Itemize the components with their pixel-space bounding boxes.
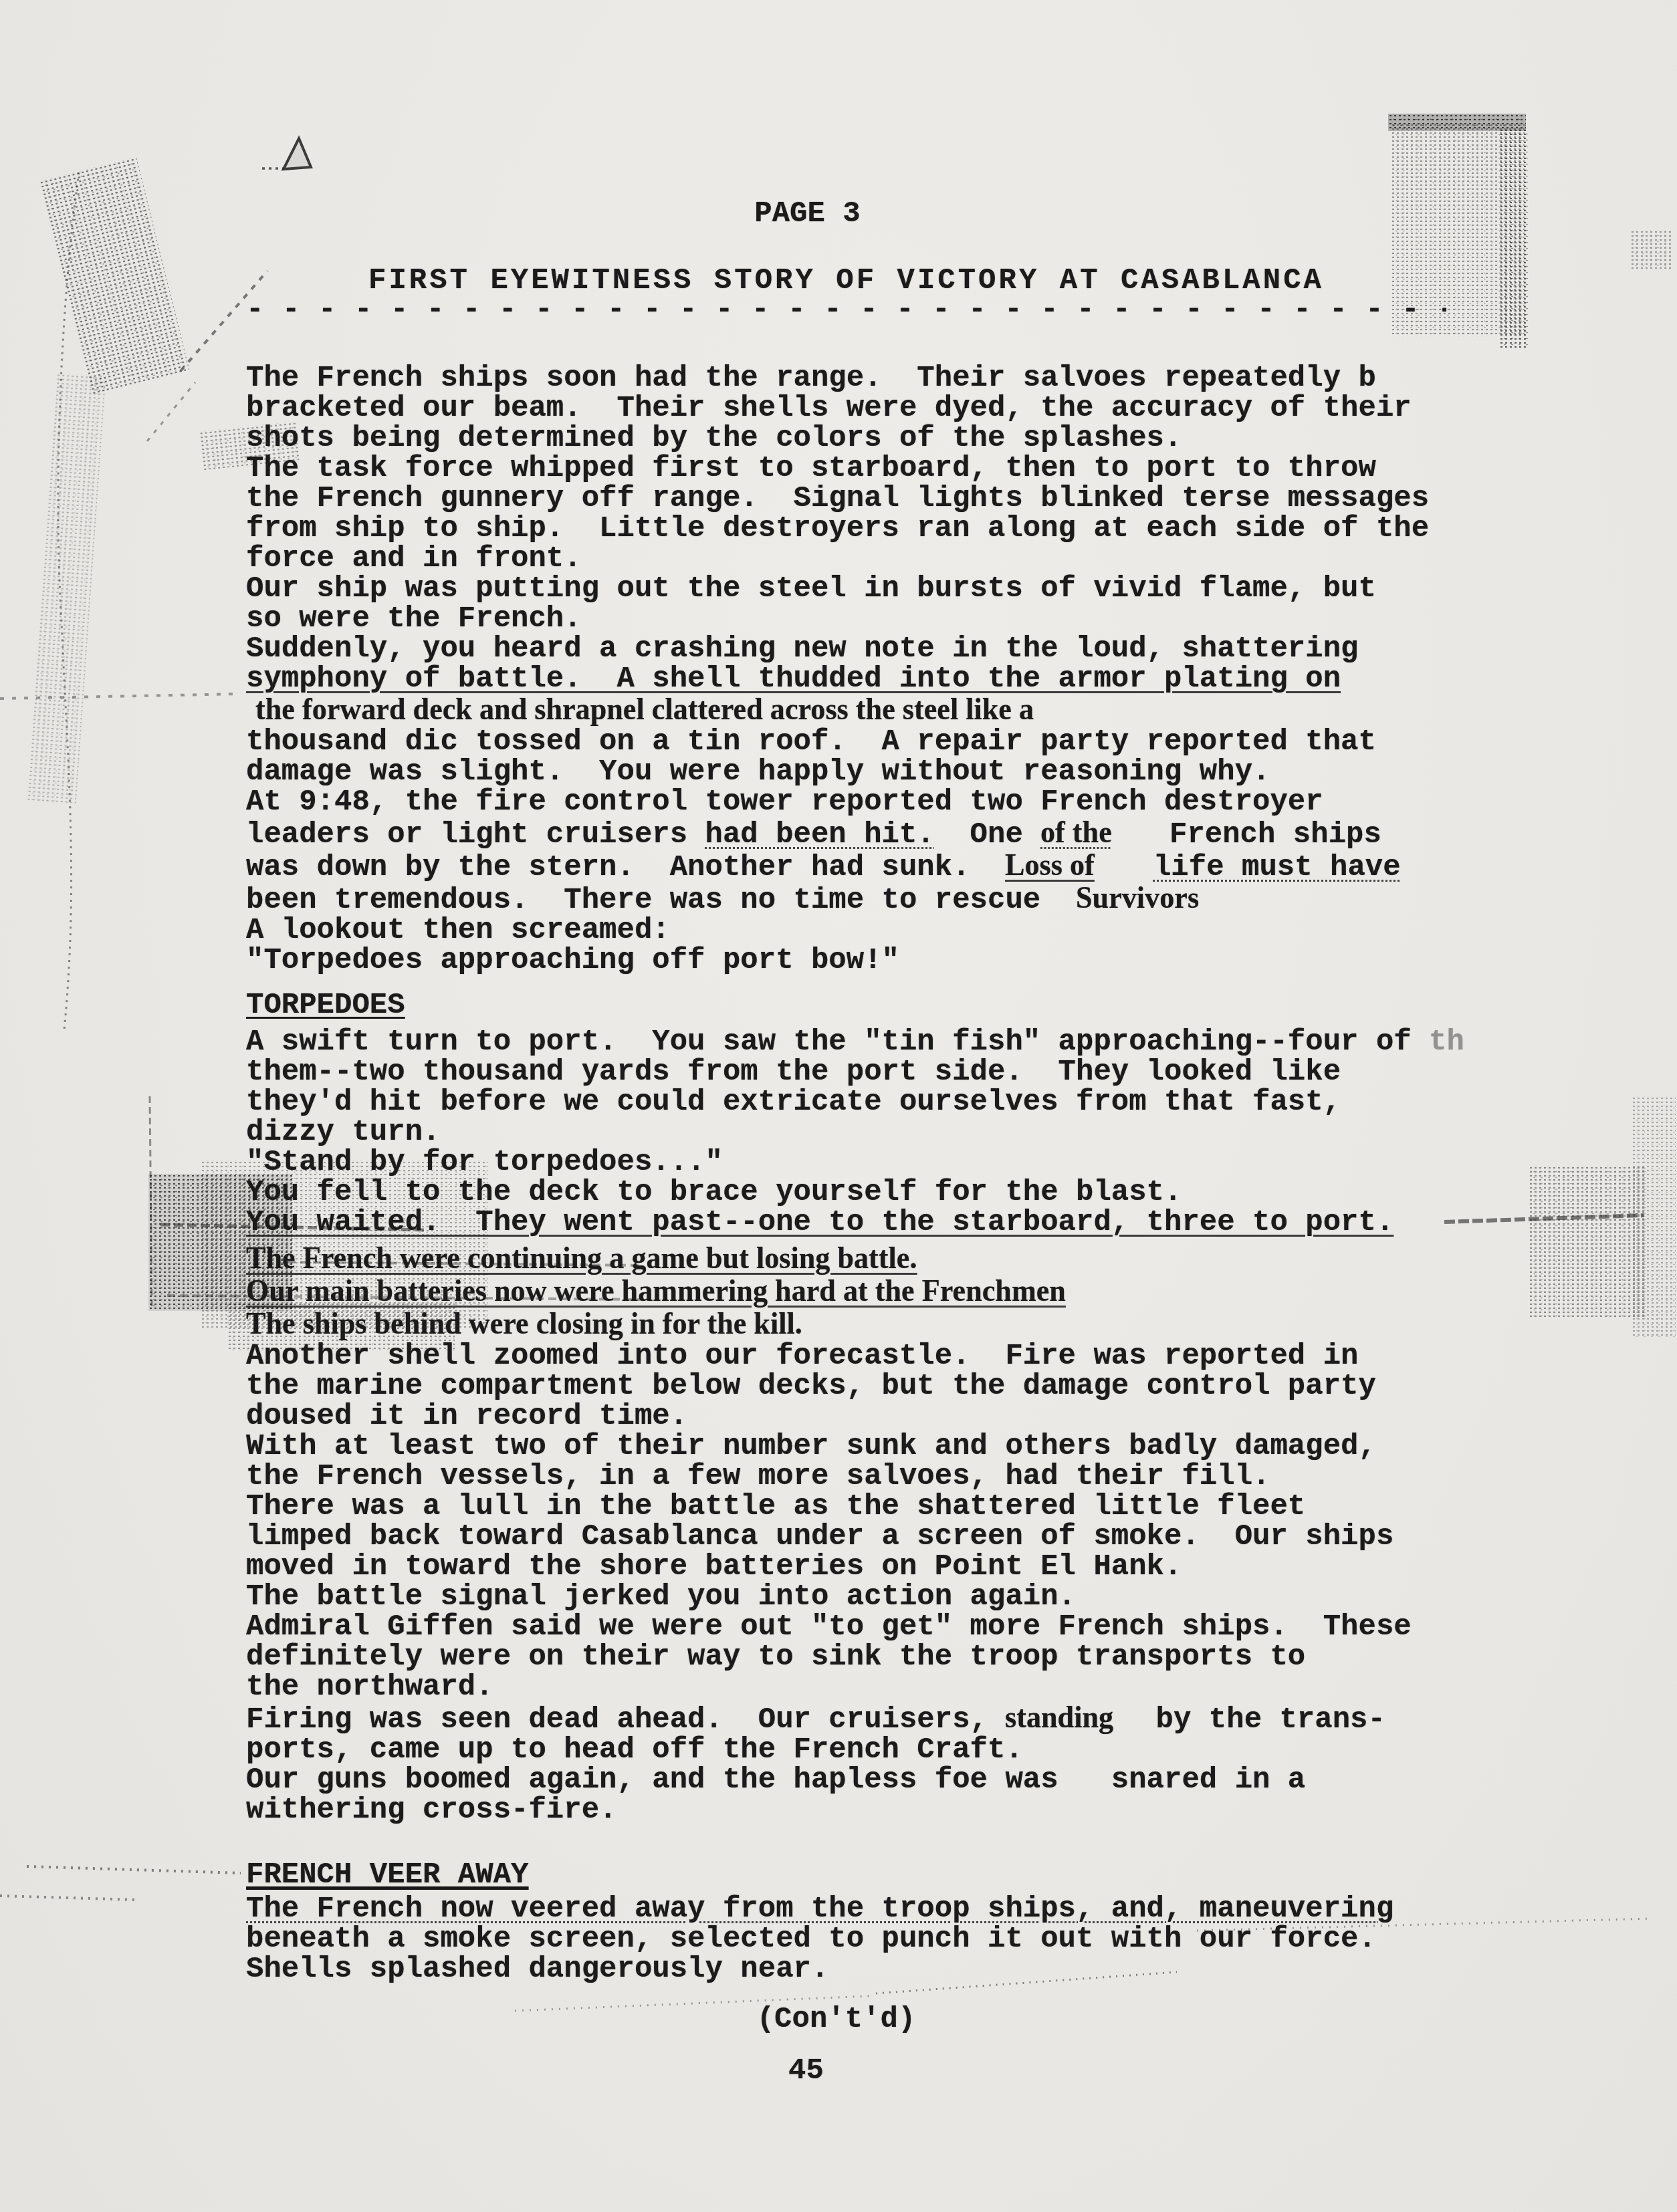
typewriter-text: damage was slight. You were happly witho… bbox=[246, 755, 1270, 789]
text-line: A lookout then screamed: bbox=[246, 916, 1446, 946]
typewriter-text: Admiral Giffen said we were out "to get"… bbox=[246, 1610, 1412, 1644]
typewriter-text: the French vessels, in a few more salvoe… bbox=[246, 1460, 1270, 1493]
page-number: 45 bbox=[206, 2056, 1406, 2086]
bottom-left-streak-1 bbox=[27, 1866, 241, 1873]
text-line: force and in front. bbox=[246, 544, 1446, 574]
text-line: ports, came up to head off the French Cr… bbox=[246, 1735, 1446, 1765]
typewriter-text: they'd hit before we could extricate our… bbox=[246, 1086, 1341, 1119]
diagonal-scratch-2 bbox=[147, 382, 195, 441]
crease-streak-left bbox=[0, 694, 241, 699]
typewriter-text: "Stand by for torpedoes..." bbox=[246, 1146, 723, 1179]
typewriter-text: th bbox=[1429, 1025, 1464, 1059]
typewriter-text: withering cross-fire. bbox=[246, 1794, 617, 1827]
typewriter-text: them--two thousand yards from the port s… bbox=[246, 1056, 1341, 1089]
text-line: the forward deck and shrapnel clattered … bbox=[246, 695, 1446, 727]
text-line: Suddenly, you heard a crashing new note … bbox=[246, 634, 1446, 664]
text-line: from ship to ship. Little destroyers ran… bbox=[246, 514, 1446, 544]
typewriter-text: At 9:48, the fire control tower reported… bbox=[246, 785, 1323, 819]
text-line: thousand dic tossed on a tin roof. A rep… bbox=[246, 727, 1446, 757]
text-line: beneath a smoke screen, selected to punc… bbox=[246, 1925, 1446, 1955]
right-streak-extension bbox=[1444, 1215, 1644, 1222]
typewriter-text: Our ship was putting out the steel in bu… bbox=[246, 572, 1376, 606]
typewriter-text: A swift turn to port. You saw the "tin f… bbox=[246, 1025, 1429, 1059]
text-line: Our guns boomed again, and the hapless f… bbox=[246, 1765, 1446, 1796]
text-line: limped back toward Casablanca under a sc… bbox=[246, 1522, 1446, 1552]
typewriter-text: The French now veered away from the troo… bbox=[246, 1892, 1393, 1926]
text-line: they'd hit before we could extricate our… bbox=[246, 1088, 1446, 1118]
text-line: the northward. bbox=[246, 1673, 1446, 1703]
typewriter-text: The French ships soon had the range. The… bbox=[246, 362, 1376, 395]
text-line: dizzy turn. bbox=[246, 1118, 1446, 1148]
document-title: FIRST EYEWITNESS STORY OF VICTORY AT CAS… bbox=[246, 266, 1446, 296]
text-line: There was a lull in the battle as the sh… bbox=[246, 1492, 1446, 1522]
typewriter-text: Our guns boomed again, and the hapless f… bbox=[246, 1763, 1305, 1797]
scan-noise-top-right-band bbox=[1499, 128, 1529, 349]
text-line: been tremendous. There was no time to re… bbox=[246, 883, 1446, 916]
text-line: bracketed our beam. Their shells were dy… bbox=[246, 394, 1446, 424]
text-line: them--two thousand yards from the port s… bbox=[246, 1058, 1446, 1088]
left-vertical-streak bbox=[150, 1096, 152, 1309]
scan-noise-right-edge-band bbox=[1632, 1096, 1676, 1337]
typewriter-text: TORPEDOES bbox=[246, 989, 405, 1022]
document-text-column: PAGE 3 FIRST EYEWITNESS STORY OF VICTORY… bbox=[246, 0, 1446, 2086]
typewriter-text: the marine compartment below decks, but … bbox=[246, 1370, 1376, 1403]
typewriter-text: "Torpedoes approaching off port bow!" bbox=[246, 944, 899, 977]
text-line: doused it in record time. bbox=[246, 1402, 1446, 1432]
typewriter-text: symphony of battle. A shell thudded into… bbox=[246, 662, 1341, 696]
text-line: "Stand by for torpedoes..." bbox=[246, 1148, 1446, 1178]
text-line: the French gunnery off range. Signal lig… bbox=[246, 484, 1446, 514]
pasted-correction-text: Survivors bbox=[1076, 883, 1199, 913]
text-line: Admiral Giffen said we were out "to get"… bbox=[246, 1612, 1446, 1642]
text-line: Another shell zoomed into our forecastle… bbox=[246, 1342, 1446, 1372]
document-body: The French ships soon had the range. The… bbox=[246, 364, 1446, 1985]
text-line: moved in toward the shore batteries on P… bbox=[246, 1552, 1446, 1582]
typewriter-text: A lookout then screamed: bbox=[246, 914, 670, 947]
text-line: You fell to the deck to brace yourself f… bbox=[246, 1178, 1446, 1208]
text-line: definitely were on their way to sink the… bbox=[246, 1642, 1446, 1673]
text-line: Firing was seen dead ahead. Our cruisers… bbox=[246, 1703, 1446, 1735]
text-line: The battle signal jerked you into action… bbox=[246, 1582, 1446, 1612]
typewriter-text: moved in toward the shore batteries on P… bbox=[246, 1550, 1182, 1584]
text-line: the marine compartment below decks, but … bbox=[246, 1372, 1446, 1402]
scan-noise-mid-right-blob bbox=[1529, 1166, 1646, 1317]
typewriter-text: leaders or light cruisers bbox=[246, 818, 705, 852]
typewriter-text: life must have bbox=[1153, 851, 1401, 884]
text-line: "Torpedoes approaching off port bow!" bbox=[246, 946, 1446, 976]
page-label: PAGE 3 bbox=[207, 199, 1408, 229]
pasted-correction-text: the forward deck and shrapnel clattered … bbox=[255, 695, 1034, 725]
typewriter-text: beneath a smoke screen, selected to punc… bbox=[246, 1923, 1376, 1956]
pasted-correction-text: The French were continuing a game but lo… bbox=[246, 1243, 917, 1273]
text-line: shots being determined by the colors of … bbox=[246, 424, 1446, 454]
typewriter-text: had been hit. bbox=[705, 818, 935, 852]
text-line: leaders or light cruisers had been hit. … bbox=[246, 818, 1446, 850]
typewriter-text: Shells splashed dangerously near. bbox=[246, 1953, 828, 1986]
typewriter-text: the northward. bbox=[246, 1671, 493, 1704]
typewriter-text: definitely were on their way to sink the… bbox=[246, 1640, 1305, 1674]
text-line: The French ships soon had the range. The… bbox=[246, 364, 1446, 394]
text-line: Our main batteries now were hammering ha… bbox=[246, 1276, 1446, 1309]
typewriter-text: There was a lull in the battle as the sh… bbox=[246, 1490, 1305, 1523]
typewriter-text: so were the French. bbox=[246, 602, 582, 636]
dashed-separator: - - - - - - - - - - - - - - - - - - - - … bbox=[246, 297, 1446, 327]
pasted-correction-text: standing bbox=[1005, 1703, 1113, 1733]
typewriter-text: Another shell zoomed into our forecastle… bbox=[246, 1340, 1358, 1373]
typewriter-text: was down by the stern. Another had sunk. bbox=[246, 851, 1005, 884]
typewriter-text: by the trans- bbox=[1121, 1703, 1385, 1737]
typewriter-text: You waited. They went past--one to the s… bbox=[246, 1206, 1393, 1239]
scan-noise-right-specks bbox=[1630, 230, 1672, 269]
text-line: Our ship was putting out the steel in bu… bbox=[246, 574, 1446, 604]
scan-noise-top-left-curl bbox=[39, 157, 189, 395]
typewriter-text: One bbox=[935, 818, 1040, 852]
typewriter-text: from ship to ship. Little destroyers ran… bbox=[246, 512, 1429, 545]
pasted-correction-text: Our main batteries now were hammering ha… bbox=[246, 1276, 1066, 1306]
typewriter-text: The battle signal jerked you into action… bbox=[246, 1580, 1076, 1614]
typewriter-text: With at least two of their number sunk a… bbox=[246, 1430, 1376, 1463]
text-line: Shells splashed dangerously near. bbox=[246, 1955, 1446, 1985]
typewriter-text: Suddenly, you heard a crashing new note … bbox=[246, 632, 1358, 666]
typewriter-text bbox=[1101, 851, 1153, 884]
typewriter-text: Firing was seen dead ahead. Our cruisers… bbox=[246, 1703, 1005, 1737]
scanned-document-page: PAGE 3 FIRST EYEWITNESS STORY OF VICTORY… bbox=[0, 0, 1677, 2212]
text-line: symphony of battle. A shell thudded into… bbox=[246, 664, 1446, 695]
text-line: so were the French. bbox=[246, 604, 1446, 634]
pasted-correction-text: The ships behind were closing in for the… bbox=[246, 1309, 802, 1339]
section-heading: FRENCH VEER AWAY bbox=[246, 1860, 1446, 1890]
typewriter-text: the French gunnery off range. Signal lig… bbox=[246, 482, 1429, 515]
typewriter-text: shots being determined by the colors of … bbox=[246, 422, 1182, 455]
typewriter-text: force and in front. bbox=[246, 542, 582, 576]
text-line: was down by the stern. Another had sunk.… bbox=[246, 850, 1446, 883]
pasted-correction-text: of the bbox=[1040, 818, 1112, 848]
text-line: withering cross-fire. bbox=[246, 1796, 1446, 1826]
typewriter-text: bracketed our beam. Their shells were dy… bbox=[246, 392, 1412, 425]
typewriter-text: dizzy turn. bbox=[246, 1116, 440, 1149]
text-line: With at least two of their number sunk a… bbox=[246, 1432, 1446, 1462]
typewriter-text: ports, came up to head off the French Cr… bbox=[246, 1733, 1023, 1767]
typewriter-text: FRENCH VEER AWAY bbox=[246, 1858, 528, 1892]
typewriter-text: French ships bbox=[1117, 818, 1381, 852]
text-line: The ships behind were closing in for the… bbox=[246, 1309, 1446, 1342]
text-line: You waited. They went past--one to the s… bbox=[246, 1208, 1446, 1238]
section-heading: TORPEDOES bbox=[246, 991, 1446, 1021]
text-line: The French were continuing a game but lo… bbox=[246, 1243, 1446, 1276]
scan-noise-left-edge bbox=[27, 373, 106, 804]
typewriter-text: You fell to the deck to brace yourself f… bbox=[246, 1176, 1182, 1209]
pasted-correction-text: Loss of bbox=[1005, 850, 1095, 880]
text-line: A swift turn to port. You saw the "tin f… bbox=[246, 1027, 1446, 1058]
text-line: At 9:48, the fire control tower reported… bbox=[246, 787, 1446, 818]
typewriter-text: thousand dic tossed on a tin roof. A rep… bbox=[246, 725, 1376, 759]
text-line: the French vessels, in a few more salvoe… bbox=[246, 1462, 1446, 1492]
text-line: The task force whipped first to starboar… bbox=[246, 454, 1446, 484]
continued-marker: (Con't'd) bbox=[236, 2005, 1436, 2035]
text-line: damage was slight. You were happly witho… bbox=[246, 757, 1446, 787]
typewriter-text: been tremendous. There was no time to re… bbox=[246, 884, 1076, 917]
bottom-left-streak-2 bbox=[0, 1896, 137, 1900]
typewriter-text: limped back toward Casablanca under a sc… bbox=[246, 1520, 1393, 1554]
text-line: The French now veered away from the troo… bbox=[246, 1894, 1446, 1925]
typewriter-text: The task force whipped first to starboar… bbox=[246, 452, 1376, 485]
typewriter-text: doused it in record time. bbox=[246, 1400, 687, 1433]
page-curl-line bbox=[58, 172, 79, 1029]
